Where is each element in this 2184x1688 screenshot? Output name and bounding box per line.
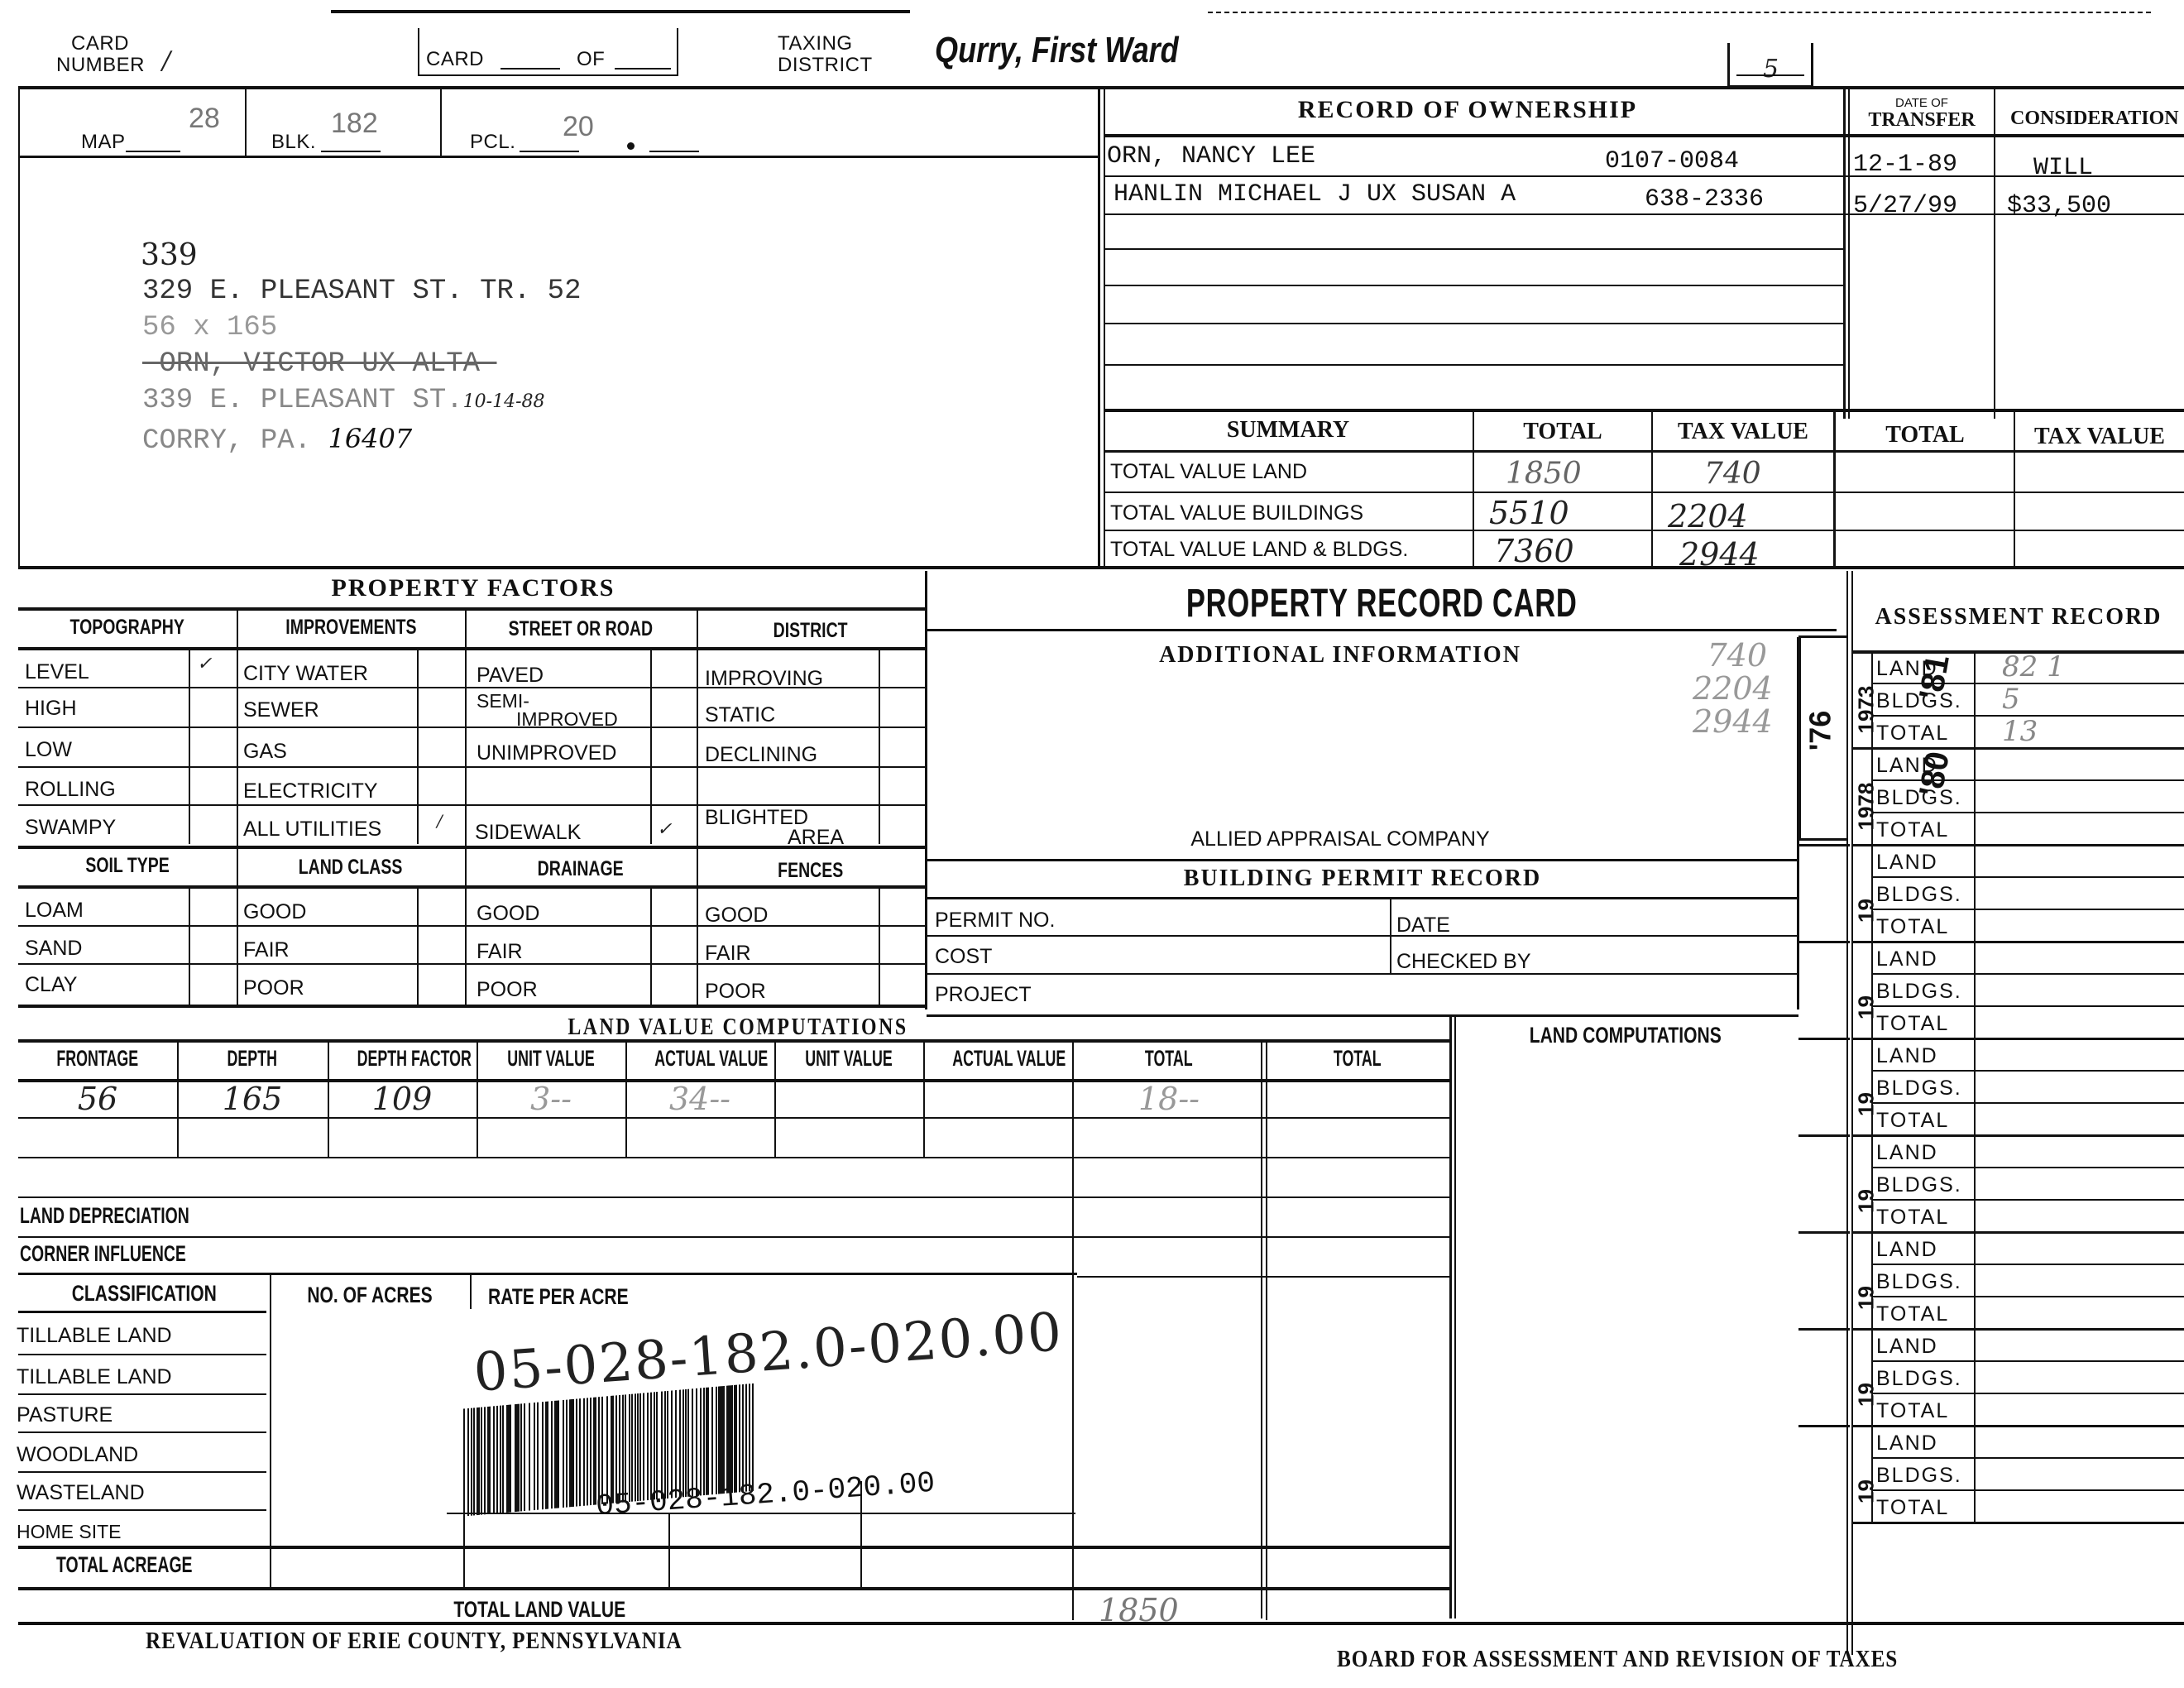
topo-swampy: SWAMPY xyxy=(25,816,116,840)
assessment-value-land: 82 1 xyxy=(2002,650,2065,683)
ward-number-box: 5 xyxy=(1727,43,1813,88)
rate-per-acre-header: RATE PER ACRE xyxy=(488,1284,629,1310)
impr-all-utilities: ALL UTILITIES xyxy=(243,818,381,842)
sidewalk-check[interactable]: ✓ xyxy=(657,819,672,840)
assessment-label-total: TOTAL xyxy=(1876,1302,1949,1326)
assessment-label-bldgs: BLDGS. xyxy=(1876,1077,1962,1101)
appraisal-company: ALLIED APPRAISAL COMPANY xyxy=(927,827,1754,851)
topo-high: HIGH xyxy=(25,697,77,721)
class-wasteland: WASTELAND xyxy=(17,1481,145,1505)
assessment-year: 19 xyxy=(1854,1282,1880,1315)
address-line-5: CORRY, PA. 16407 xyxy=(142,420,582,459)
topo-level: LEVEL xyxy=(25,660,89,684)
assessment-year: 1973 xyxy=(1854,701,1880,734)
fences-good: GOOD xyxy=(705,904,768,928)
assessment-title: ASSESSMENT RECORD xyxy=(1853,604,2184,631)
assessment-label-bldgs: BLDGS. xyxy=(1876,1367,1962,1391)
impr-sewer: SEWER xyxy=(243,698,319,722)
assessment-label-land: LAND xyxy=(1876,1238,1938,1262)
land-value-cell: 109 xyxy=(328,1081,477,1117)
assessment-label-total: TOTAL xyxy=(1876,915,1949,939)
summary-bldg-total: 5510 xyxy=(1489,495,1569,531)
assessment-label-bldgs: BLDGS. xyxy=(1876,883,1962,907)
land-value-col-header: TOTAL xyxy=(1334,1046,1382,1072)
land-value-title: LAND VALUE COMPUTATIONS xyxy=(127,1014,1350,1041)
address-line-4: 339 E. PLEASANT ST.10-14-88 xyxy=(142,382,582,420)
class-tillable-1: TILLABLE LAND xyxy=(17,1324,172,1348)
ownership-title: RECORD OF OWNERSHIP xyxy=(1104,96,1832,124)
card-number-label: CARD NUMBER xyxy=(56,33,145,76)
assessment-year: 19 xyxy=(1854,1379,1880,1412)
consideration-header: CONSIDERATION xyxy=(2010,108,2179,130)
assessment-label-bldgs: BLDGS. xyxy=(1876,1464,1962,1488)
impr-electricity: ELECTRICITY xyxy=(243,779,378,803)
summary-total2-header: TOTAL xyxy=(1837,422,2014,448)
land-class-poor: POOR xyxy=(243,976,304,1000)
district-declining: DECLINING xyxy=(705,743,817,767)
assessment-label-bldgs: BLDGS. xyxy=(1876,980,1962,1004)
soil-sand: SAND xyxy=(25,937,82,961)
card-of-box: CARD OF xyxy=(418,28,678,76)
summary-land-tax: 740 xyxy=(1704,457,1761,491)
header-soil-type: SOIL TYPE xyxy=(85,854,170,878)
topo-level-check[interactable]: ✓ xyxy=(197,654,212,674)
summary-land-total: 1850 xyxy=(1506,457,1582,491)
land-class-fair: FAIR xyxy=(243,938,290,962)
land-value-col-header: ACTUAL VALUE xyxy=(654,1046,768,1072)
class-pasture: PASTURE xyxy=(17,1403,113,1427)
left-border xyxy=(18,86,20,566)
taxing-district-value: Qurry, First Ward xyxy=(935,30,1179,71)
classification-header: CLASSIFICATION xyxy=(71,1281,216,1307)
street-sidewalk: SIDEWALK xyxy=(475,821,581,845)
assessment-label-total: TOTAL xyxy=(1876,1496,1949,1520)
class-tillable-2: TILLABLE LAND xyxy=(17,1365,172,1389)
building-permit-title: BUILDING PERMIT RECORD xyxy=(927,866,1798,892)
acres-header: NO. OF ACRES xyxy=(307,1283,432,1308)
header-drainage: DRAINAGE xyxy=(538,857,624,881)
corner-influence-label: CORNER INFLUENCE xyxy=(20,1241,186,1267)
land-value-col-header: UNIT VALUE xyxy=(805,1046,893,1072)
street-paved: PAVED xyxy=(477,664,544,688)
header-improvements: IMPROVEMENTS xyxy=(285,616,416,640)
additional-info-title: ADDITIONAL INFORMATION xyxy=(927,642,1754,669)
pcl-label: PCL. xyxy=(470,131,515,154)
address-line-3-struck: -ORN, VICTOR UX ALTA- xyxy=(142,346,582,382)
drainage-fair: FAIR xyxy=(477,940,523,964)
assessment-side-note: '76 xyxy=(1803,711,1837,751)
land-value-cell: 56 xyxy=(18,1081,177,1117)
assessment-label-land: LAND xyxy=(1876,947,1938,971)
assessment-label-bldgs: BLDGS. xyxy=(1876,1270,1962,1294)
card-number-value: / xyxy=(162,46,170,75)
permit-date-label: DATE xyxy=(1396,914,1450,938)
class-home-site: HOME SITE xyxy=(17,1521,122,1543)
header-street: STREET OR ROAD xyxy=(509,617,653,641)
header-divider xyxy=(18,86,2184,89)
summary-row-label: TOTAL VALUE LAND & BLDGS. xyxy=(1110,538,1408,562)
summary-total-header: TOTAL xyxy=(1474,419,1651,445)
summary-row-label: TOTAL VALUE BUILDINGS xyxy=(1110,501,1363,525)
summary-tax-header: TAX VALUE xyxy=(1653,419,1833,445)
topo-low: LOW xyxy=(25,738,72,762)
project-label: PROJECT xyxy=(935,983,1032,1007)
land-depreciation-label: LAND DEPRECIATION xyxy=(20,1203,189,1229)
soil-clay: CLAY xyxy=(25,973,77,997)
land-value-col-header: DEPTH xyxy=(227,1046,277,1072)
land-value-col-header: ACTUAL VALUE xyxy=(952,1046,1066,1072)
fences-fair: FAIR xyxy=(705,942,751,966)
summary-all-total: 7360 xyxy=(1494,533,1574,569)
assessment-label-total: TOTAL xyxy=(1876,1012,1949,1036)
address-line-1: 329 E. PLEASANT ST. TR. 52 xyxy=(142,273,582,309)
land-class-good: GOOD xyxy=(243,900,306,924)
assessment-label-total: TOTAL xyxy=(1876,818,1949,842)
permit-cost-label: COST xyxy=(935,945,992,969)
header-fences: FENCES xyxy=(778,859,843,883)
class-woodland: WOODLAND xyxy=(17,1443,138,1467)
district-blighted-area: BLIGHTEDAREA xyxy=(705,808,844,847)
checked-by-label: CHECKED BY xyxy=(1396,950,1531,974)
soil-loam: LOAM xyxy=(25,899,84,923)
land-value-cell: 34-- xyxy=(625,1081,774,1117)
assessment-value-bldgs: 5 xyxy=(2002,683,2020,716)
total-land-value-label: TOTAL LAND VALUE xyxy=(453,1597,625,1623)
footer-left: REVALUATION OF ERIE COUNTY, PENNSYLVANIA xyxy=(146,1628,682,1655)
address-line-2: 56 x 165 xyxy=(142,309,582,346)
address-hand-number: 339 xyxy=(141,238,198,272)
pcl-value: 20 xyxy=(563,111,594,143)
assessment-label-bldgs: BLDGS. xyxy=(1876,1173,1962,1197)
header-topography: TOPOGRAPHY xyxy=(70,616,184,640)
taxing-district-label: TAXING DISTRICT xyxy=(778,33,873,76)
date-transfer-header: TRANSFER xyxy=(1850,109,1994,132)
top-edge-dashed xyxy=(1208,12,2151,13)
total-acreage-label: TOTAL ACREAGE xyxy=(56,1552,193,1578)
street-semi-improved: SEMI-IMPROVED xyxy=(477,692,618,728)
summary-tax2-header: TAX VALUE xyxy=(2015,424,2184,450)
district-static: STATIC xyxy=(705,703,775,727)
assessment-label-land: LAND xyxy=(1876,1044,1938,1068)
assessment-label-total: TOTAL xyxy=(1876,1399,1949,1423)
address-block: 329 E. PLEASANT ST. TR. 52 56 x 165 -ORN… xyxy=(142,273,582,459)
assessment-year: 19 xyxy=(1854,1185,1880,1218)
permit-no-label: PERMIT NO. xyxy=(935,909,1055,933)
land-value-col-header: TOTAL xyxy=(1145,1046,1193,1072)
assessment-year: 19 xyxy=(1854,894,1880,928)
land-value-col-header: FRONTAGE xyxy=(57,1046,139,1072)
footer-right: BOARD FOR ASSESSMENT AND REVISION OF TAX… xyxy=(1337,1647,1898,1673)
assessment-year-overwrite: '80 xyxy=(1913,749,1957,799)
drainage-poor: POOR xyxy=(477,978,538,1002)
blk-value: 182 xyxy=(331,108,378,140)
assessment-label-total: TOTAL xyxy=(1876,1206,1949,1230)
assessment-year: 19 xyxy=(1854,991,1880,1024)
assessment-year-overwrite: '81 xyxy=(1913,652,1957,703)
map-value: 28 xyxy=(189,103,220,135)
impr-city-water: CITY WATER xyxy=(243,662,368,686)
header-land-class: LAND CLASS xyxy=(299,856,403,880)
assessment-label-land: LAND xyxy=(1876,1335,1938,1359)
assessment-label-total: TOTAL xyxy=(1876,722,1949,746)
land-value-col-header: DEPTH FACTOR xyxy=(357,1046,472,1072)
property-record-card-title: PROPERTY RECORD CARD xyxy=(1186,581,1578,626)
assessment-label-land: LAND xyxy=(1876,1431,1938,1455)
date-of-label: DATE OF xyxy=(1850,96,1994,110)
land-value-col-header: UNIT VALUE xyxy=(507,1046,595,1072)
blk-label: BLK. xyxy=(271,131,316,154)
land-computations-title: LAND COMPUTATIONS xyxy=(1530,1023,1722,1048)
land-value-cell: 165 xyxy=(177,1081,328,1117)
all-utilities-check[interactable]: / xyxy=(437,811,443,831)
header-district: DISTRICT xyxy=(773,619,848,643)
assessment-label-land: LAND xyxy=(1876,851,1938,875)
property-factors-title: PROPERTY FACTORS xyxy=(18,574,928,602)
assessment-label-land: LAND xyxy=(1876,1141,1938,1165)
drainage-good: GOOD xyxy=(477,902,539,926)
additional-info-hand: 740 2204 2944 xyxy=(1693,639,1767,738)
topo-rolling: ROLLING xyxy=(25,778,116,802)
assessment-year: 1978 xyxy=(1854,798,1880,831)
land-value-cell: 18-- xyxy=(1072,1081,1266,1117)
assessment-year: 19 xyxy=(1854,1475,1880,1508)
street-unimproved: UNIMPROVED xyxy=(477,741,616,765)
land-value-cell: 3-- xyxy=(477,1081,625,1117)
top-edge-line xyxy=(331,10,910,13)
summary-row-label: TOTAL VALUE LAND xyxy=(1110,460,1307,484)
assessment-year: 19 xyxy=(1854,1088,1880,1121)
assessment-label-total: TOTAL xyxy=(1876,1109,1949,1133)
summary-title: SUMMARY xyxy=(1104,417,1473,444)
assessment-value-total: 13 xyxy=(2002,715,2038,748)
map-label: MAP xyxy=(81,131,126,154)
impr-gas: GAS xyxy=(243,740,287,764)
fences-poor: POOR xyxy=(705,980,766,1004)
